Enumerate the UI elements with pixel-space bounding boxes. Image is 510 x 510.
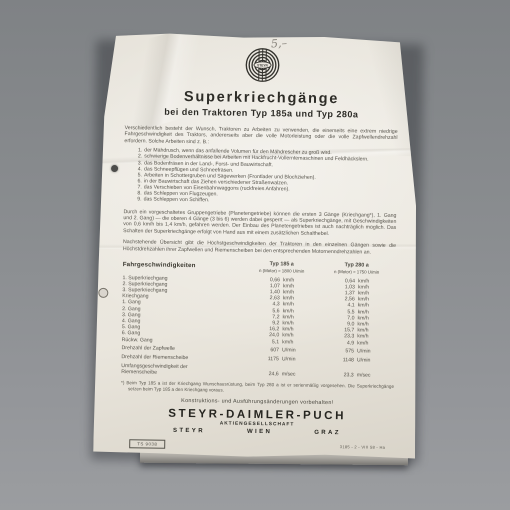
row-value-typ280a: 23,3m/sec: [316, 372, 394, 379]
unit: m/sec: [357, 372, 379, 379]
gearbox-paragraph: Durch ein vorgeschaltetes Gruppengetrieb…: [123, 209, 396, 238]
value: 23,3: [332, 372, 354, 379]
row-value-typ280a: 575U/min: [316, 348, 394, 355]
row-value-typ185a: 5,1km/h: [245, 338, 317, 345]
value: 4,9: [332, 340, 354, 347]
row-label: Rückw. Gang: [122, 337, 245, 345]
paper-sheet: STEYR Superkriechgänge bei den Traktoren…: [93, 32, 421, 460]
unit: U/min: [282, 348, 304, 355]
intro-paragraph: Verschiedentlich besteht der Wunsch, Tra…: [124, 125, 397, 148]
value: 1175: [257, 356, 279, 363]
company-city: STEYR: [173, 428, 205, 434]
speed-table: Fahrgeschwindigkeiten Typ 185 a n (Motor…: [121, 259, 396, 379]
value: 5,1: [257, 339, 279, 346]
col-header-typ280a: Typ 280 a n (Motor) = 1750 U/min: [318, 262, 396, 275]
row-value-typ185a: 24,6m/sec: [244, 371, 316, 378]
page-subtitle: bei den Traktoren Typ 185a und Typ 280a: [125, 106, 398, 120]
col-subtitle: n (Motor) = 1750 U/min: [318, 268, 396, 274]
steyr-roundel-logo-icon: STEYR: [125, 45, 398, 86]
value: 1148: [332, 357, 354, 364]
value: 607: [257, 347, 279, 354]
col-header-typ185a: Typ 185 a n (Motor) = 1800 U/min: [246, 261, 318, 274]
work-list: 1.der Mähdrusch, wenn das anfallende Vol…: [124, 147, 398, 206]
row-value-typ185a: 607U/min: [245, 347, 317, 354]
form-number-box: TS 9038: [129, 440, 165, 450]
row-label: Drehzahl der Zapfwelle: [122, 345, 245, 353]
unit: km/h: [357, 340, 379, 347]
footer-codes: TS 9038 3185 - 2 - VIII 58 - Ha: [120, 439, 393, 452]
company-city: WIEN: [247, 429, 272, 435]
list-item-text: das Schleppen von Schiffen.: [144, 197, 210, 204]
handwritten-price: 5,–: [271, 36, 288, 50]
footnote: *) Beim Typ 185 a ist der Kriechgang Wun…: [121, 380, 394, 395]
row-label: Drehzahl der Riemenscheibe: [121, 354, 244, 362]
change-notice: Konstruktions- und Ausführungsänderungen…: [121, 397, 394, 407]
col-subtitle: n (Motor) = 1800 U/min: [246, 267, 318, 273]
value: 575: [332, 348, 354, 355]
print-code: 3185 - 2 - VIII 58 - Ha: [340, 444, 385, 450]
speed-table-header: Fahrgeschwindigkeiten Typ 185 a n (Motor…: [123, 259, 396, 274]
overview-paragraph: Nachstehende Übersicht gibt die Höchstge…: [123, 239, 396, 256]
company-city: GRAZ: [314, 430, 341, 436]
unit: U/min: [357, 349, 379, 356]
list-item-number: 9.: [133, 197, 142, 203]
unit: m/sec: [282, 371, 304, 378]
unit: U/min: [357, 357, 379, 364]
page-title: Superkriechgänge: [125, 88, 398, 108]
value: 24,6: [257, 371, 279, 378]
svg-text:STEYR: STEYR: [257, 63, 268, 67]
unit: km/h: [282, 339, 304, 346]
table-heading: Fahrgeschwindigkeiten: [123, 259, 246, 270]
row-value-typ185a: 1175U/min: [244, 356, 316, 363]
table-row: Umfangsgeschwindigkeit der Riemenscheibe…: [121, 363, 394, 379]
speed-table-rows: 1. Superkriechgang0,66km/h0,64km/h2. Sup…: [121, 275, 395, 379]
document-content: STEYR Superkriechgänge bei den Traktoren…: [93, 32, 421, 460]
photo-scene: 5,–: [0, 0, 510, 510]
unit: U/min: [282, 356, 304, 363]
row-value-typ280a: 4,9km/h: [317, 339, 395, 346]
row-value-typ280a: 1148U/min: [316, 357, 394, 364]
company-cities: STEYRWIENGRAZ: [120, 427, 393, 437]
row-label: Umfangsgeschwindigkeit der Riemenscheibe: [121, 363, 244, 377]
